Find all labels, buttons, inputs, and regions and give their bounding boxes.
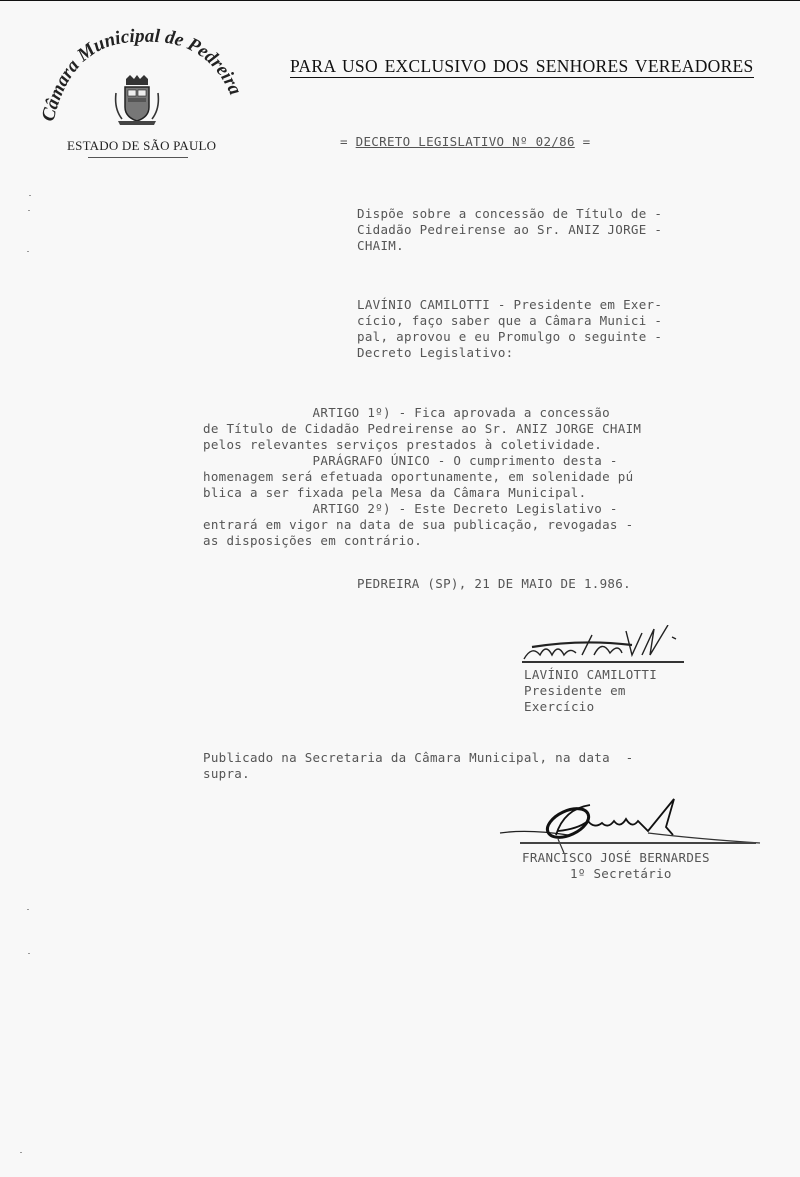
signatory-1-name: LAVÍNIO CAMILOTTI — [524, 667, 657, 683]
signature-president-icon — [522, 625, 692, 665]
date-line: PEDREIRA (SP), 21 DE MAIO DE 1.986. — [357, 576, 631, 592]
decree-title-text: DECRETO LEGISLATIVO Nº 02/86 — [356, 134, 575, 149]
coat-of-arms-icon — [112, 75, 162, 127]
scan-speck — [28, 953, 30, 954]
scan-speck — [27, 909, 29, 910]
signatory-2-role: 1º Secretário — [570, 866, 672, 882]
decree-body: ARTIGO 1º) - Fica aprovada a concessão d… — [203, 405, 641, 549]
scan-speck — [28, 210, 30, 211]
publication-note: Publicado na Secretaria da Câmara Munici… — [203, 750, 633, 782]
signature-secretary-icon — [498, 795, 768, 855]
state-label: ESTADO DE SÃO PAULO — [67, 138, 216, 154]
signatory-1-role: Presidente em Exercício — [524, 683, 657, 715]
decree-title-prefix: = — [340, 134, 356, 149]
signatory-1: LAVÍNIO CAMILOTTIPresidente em Exercício — [524, 667, 657, 715]
decree-title-suffix: = — [575, 134, 591, 149]
decree-title: = DECRETO LEGISLATIVO Nº 02/86 = — [340, 134, 590, 150]
header-notice: PARA USO EXCLUSIVO DOS SENHORES VEREADOR… — [290, 55, 754, 78]
signature-line-secretary — [520, 842, 756, 844]
signature-line-president — [522, 661, 684, 663]
scan-speck — [29, 195, 31, 196]
page-top-edge — [0, 0, 800, 1]
signatory-2-name: FRANCISCO JOSÉ BERNARDES — [522, 850, 710, 866]
decree-preamble: LAVÍNIO CAMILOTTI - Presidente em Exer- … — [357, 297, 662, 361]
state-underline — [88, 157, 188, 158]
decree-ementa: Dispõe sobre a concessão de Título de - … — [357, 206, 662, 254]
scan-speck — [27, 251, 29, 252]
scan-speck — [20, 1152, 22, 1153]
